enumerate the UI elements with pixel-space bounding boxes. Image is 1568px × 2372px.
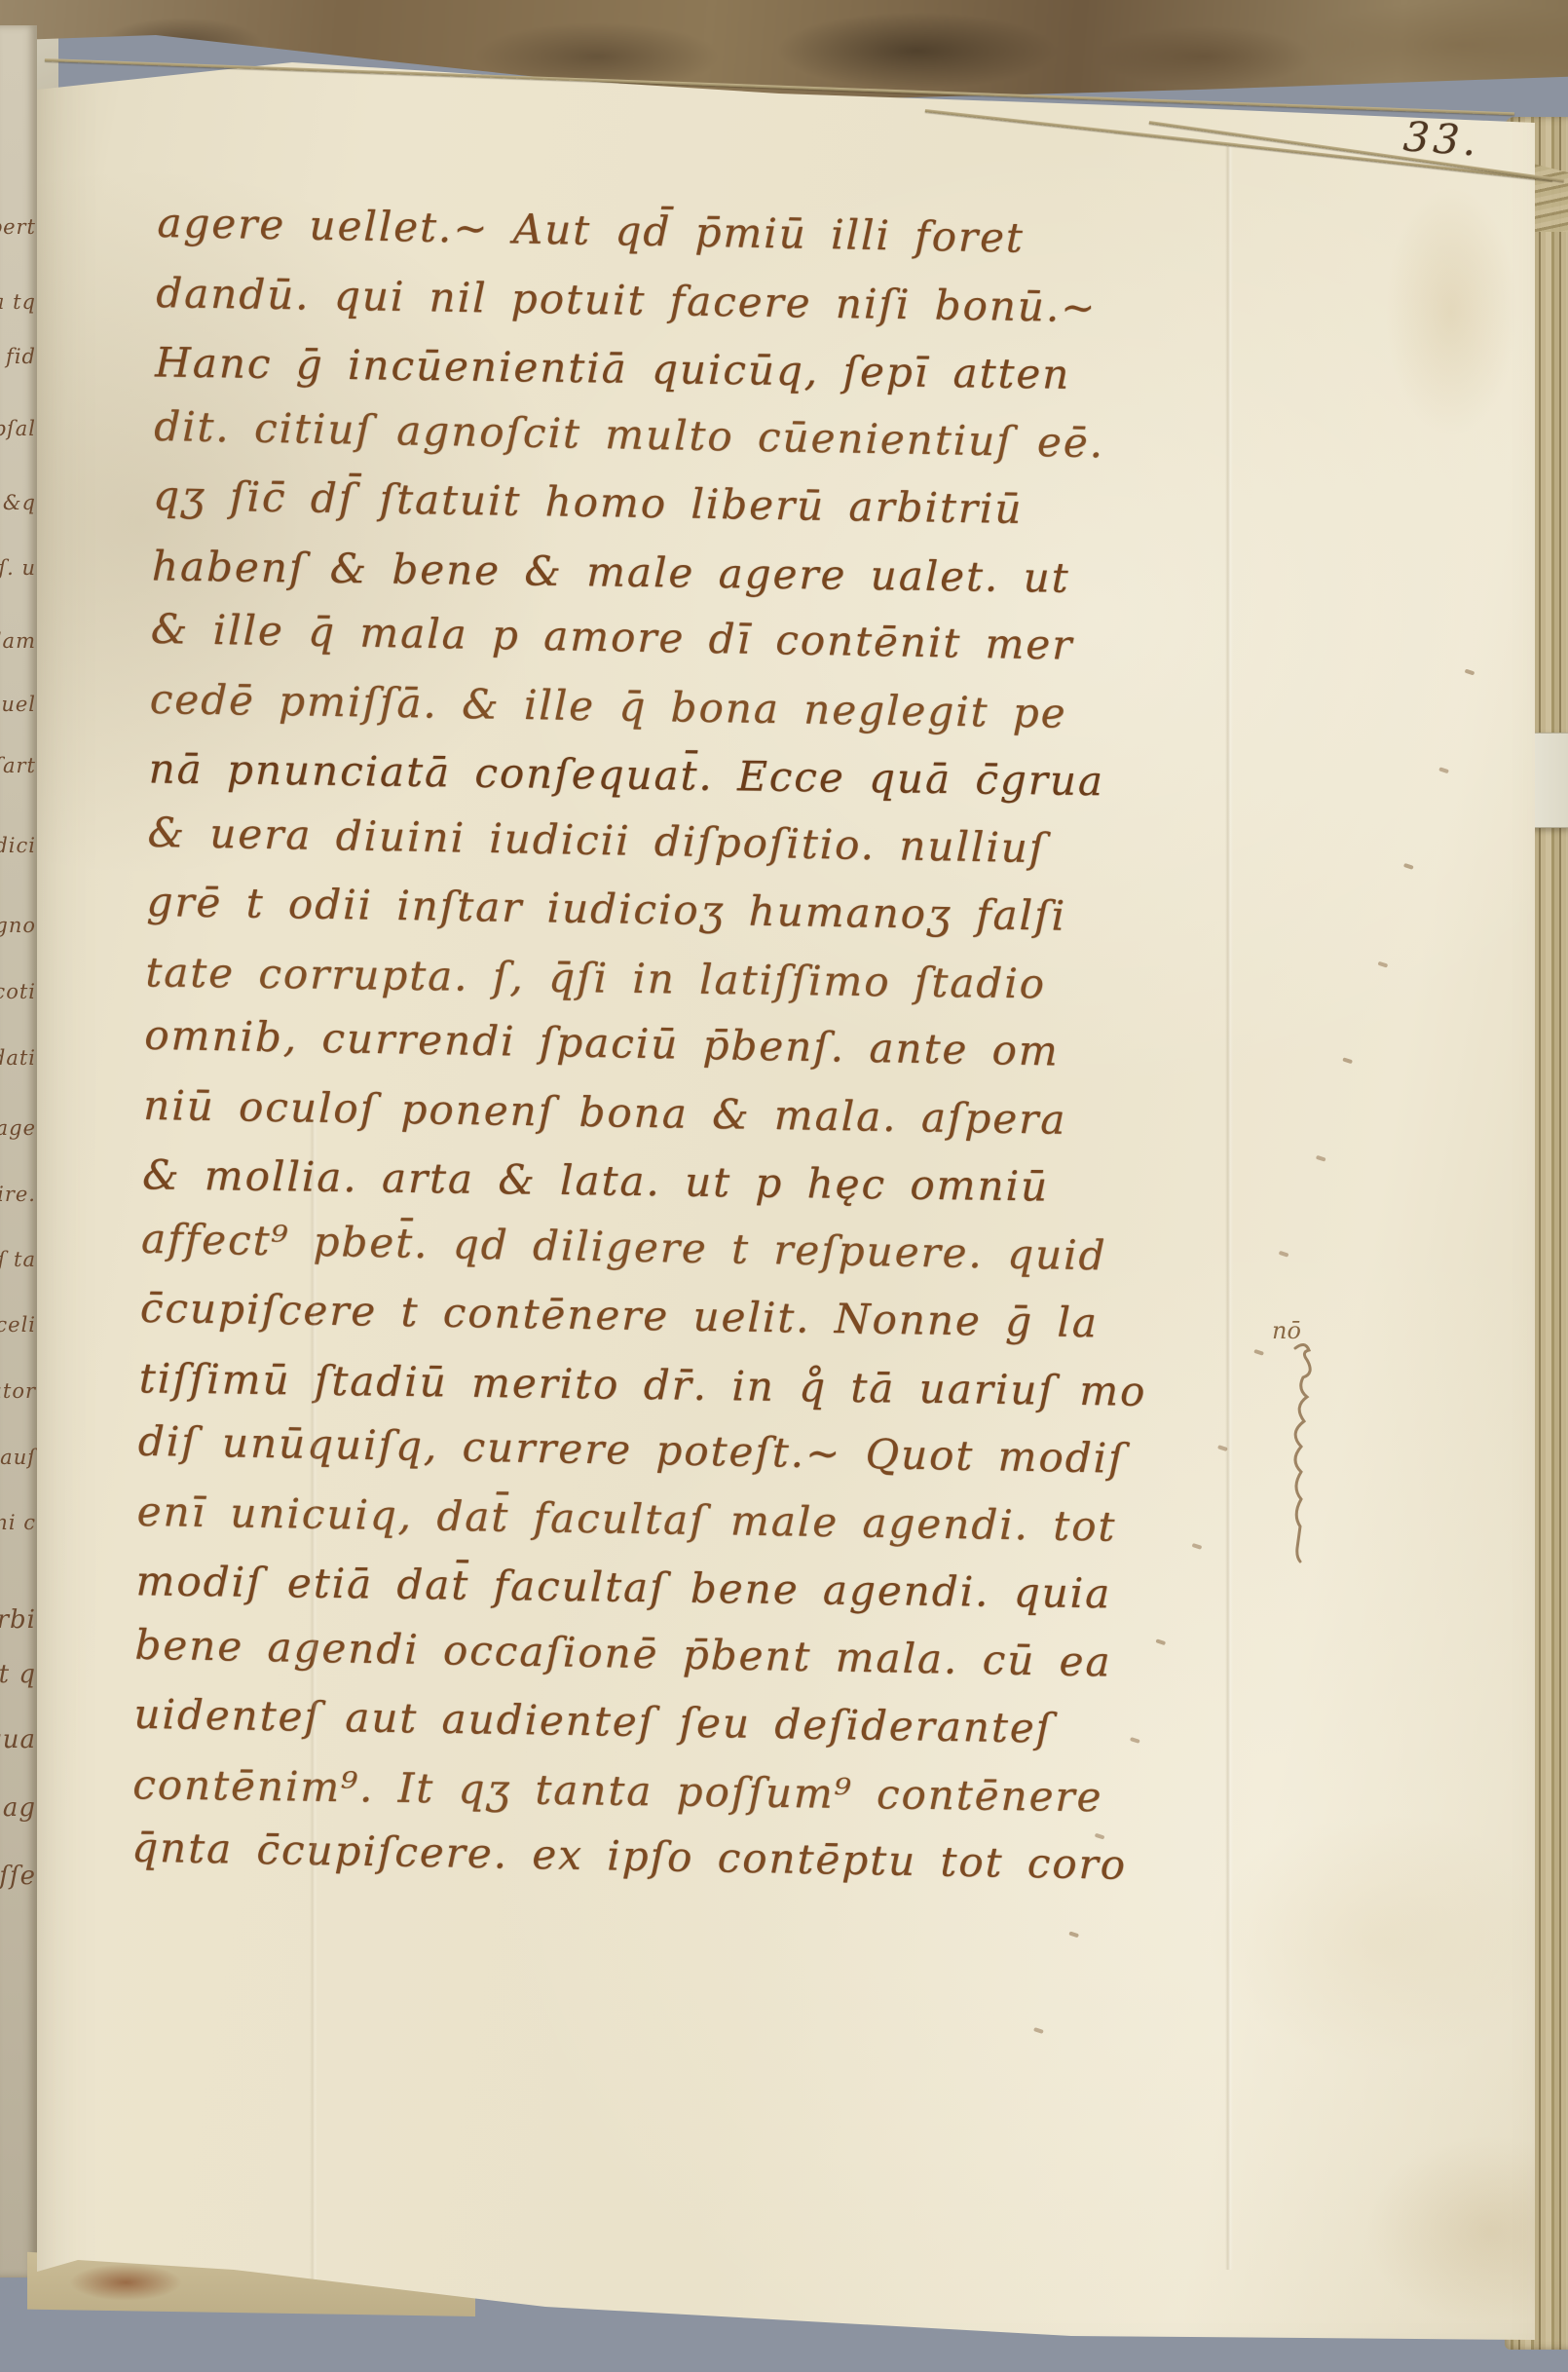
facing-page-text-fragment: . dici: [0, 834, 36, 857]
facing-page-edge: opertna tqā fidpſal. &quiſ. uedamn̄t uel…: [0, 25, 37, 2278]
pricking-holes: [1465, 669, 1475, 676]
facing-page-text-fragment: aſ ta: [0, 1248, 36, 1271]
facing-page-text-fragment: ſcire.: [0, 1183, 36, 1206]
facing-page-text-fragment: & coti: [0, 980, 36, 1003]
facing-page-text-fragment: uiſ. u: [0, 556, 36, 580]
facing-page-text-fragment: eſart: [0, 754, 36, 777]
facing-page-text-fragment: edam: [0, 629, 36, 653]
facing-page-text-fragment: pſal: [0, 417, 36, 440]
facing-page-text-fragment: ator: [0, 1379, 36, 1403]
manuscript-photo: opertna tqā fidpſal. &quiſ. uedamn̄t uel…: [0, 0, 1568, 2372]
facing-page-text-fragment: ā fid: [0, 345, 36, 368]
facing-page-text-fragment: , imag: [0, 1793, 36, 1823]
facing-page-text-fragment: ā age: [0, 1116, 36, 1140]
facing-page-text-fragment: . &q: [0, 491, 36, 514]
facing-page-text-fragment: liqua: [0, 1725, 36, 1754]
parchment-page: 33. agere uellet.~ Aut qd̄ p̄miū illi fo…: [0, 0, 1568, 2372]
facing-page-text-fragment: ſ agno: [0, 914, 36, 937]
facing-page-text-fragment: ō dati: [0, 1046, 36, 1070]
nota-mark-text: nō: [1272, 1317, 1301, 1344]
manuscript-text-block: agere uellet.~ Aut qd̄ p̄miū illi foretd…: [131, 191, 1210, 1900]
facing-page-text-fragment: arbi: [0, 1605, 36, 1635]
parchment-crease: [1225, 146, 1233, 2270]
nota-mark-squiggle: [1266, 1342, 1325, 1566]
facing-page-text-fragment: cauſ: [0, 1446, 36, 1469]
facing-page-text-fragment: n̄t uel: [0, 693, 36, 716]
facing-page-text-fragment: poſſe: [0, 1862, 36, 1891]
marginal-nota-mark: nō: [1266, 1317, 1325, 1570]
parchment-crease: [310, 1120, 317, 2289]
facing-page-text-fragment: celi: [0, 1313, 36, 1337]
facing-page-text-fragment: edit q: [0, 1660, 36, 1689]
facing-page-text-fragment: ini c: [0, 1511, 36, 1534]
facing-page-text-fragment: na tq: [0, 290, 36, 314]
facing-page-text-fragment: opert: [0, 215, 36, 239]
